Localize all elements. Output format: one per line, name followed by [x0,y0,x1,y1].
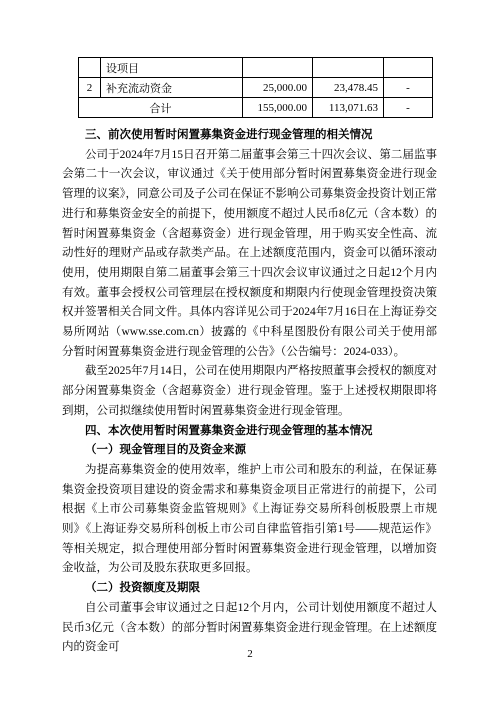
cell-row-number [79,58,101,78]
cell-amount-2: 113,071.63 [313,98,384,118]
table-total-row: 合计 155,000.00 113,071.63 - [79,98,433,118]
cell-amount-1: 25,000.00 [243,78,313,98]
cell-amount-2 [313,58,384,78]
section-heading-prior-cash-management: 三、前次使用暂时闲置募集资金进行现金管理的相关情况 [62,126,437,146]
subsection-heading-quota-and-term: （二）投资额度及期限 [62,579,437,599]
table-row: 设项目 [79,58,433,78]
table-row: 2 补充流动资金 25,000.00 23,478.45 - [79,78,433,98]
document-body: 三、前次使用暂时闲置募集资金进行现金管理的相关情况 公司于2024年7月15日召… [62,126,437,658]
cell-note [384,58,433,78]
section-heading-current-cash-management: 四、本次使用暂时闲置募集资金进行现金管理的基本情况 [62,422,437,442]
cell-note: - [384,98,433,118]
cell-project-name: 设项目 [101,58,243,78]
cell-note: - [384,78,433,98]
raised-funds-usage-table: 设项目 2 补充流动资金 25,000.00 23,478.45 - 合计 15… [78,57,433,118]
cell-project-name: 补充流动资金 [101,78,243,98]
document-page: 设项目 2 补充流动资金 25,000.00 23,478.45 - 合计 15… [0,0,500,707]
subsection-heading-purpose-and-source: （一）现金管理目的及资金来源 [62,441,437,461]
cell-total-label: 合计 [79,98,243,118]
paragraph-purpose-and-source: 为提高募集资金的使用效率，维护上市公司和股东的利益，在保证募集资金投资项目建设的… [62,461,437,579]
cell-amount-2: 23,478.45 [313,78,384,98]
paragraph-expiry-status: 截至2025年7月14日，公司在使用期限内严格按照董事会授权的额度对部分闲置募集… [62,362,437,421]
cell-row-number: 2 [79,78,101,98]
page-content: 设项目 2 补充流动资金 25,000.00 23,478.45 - 合计 15… [62,57,437,658]
cell-amount-1: 155,000.00 [243,98,313,118]
paragraph-prior-approval-details: 公司于2024年7月15日召开第二届董事会第三十四次会议、第二届监事会第二十一次… [62,146,437,363]
cell-amount-1 [243,58,313,78]
page-number: 2 [0,648,500,660]
